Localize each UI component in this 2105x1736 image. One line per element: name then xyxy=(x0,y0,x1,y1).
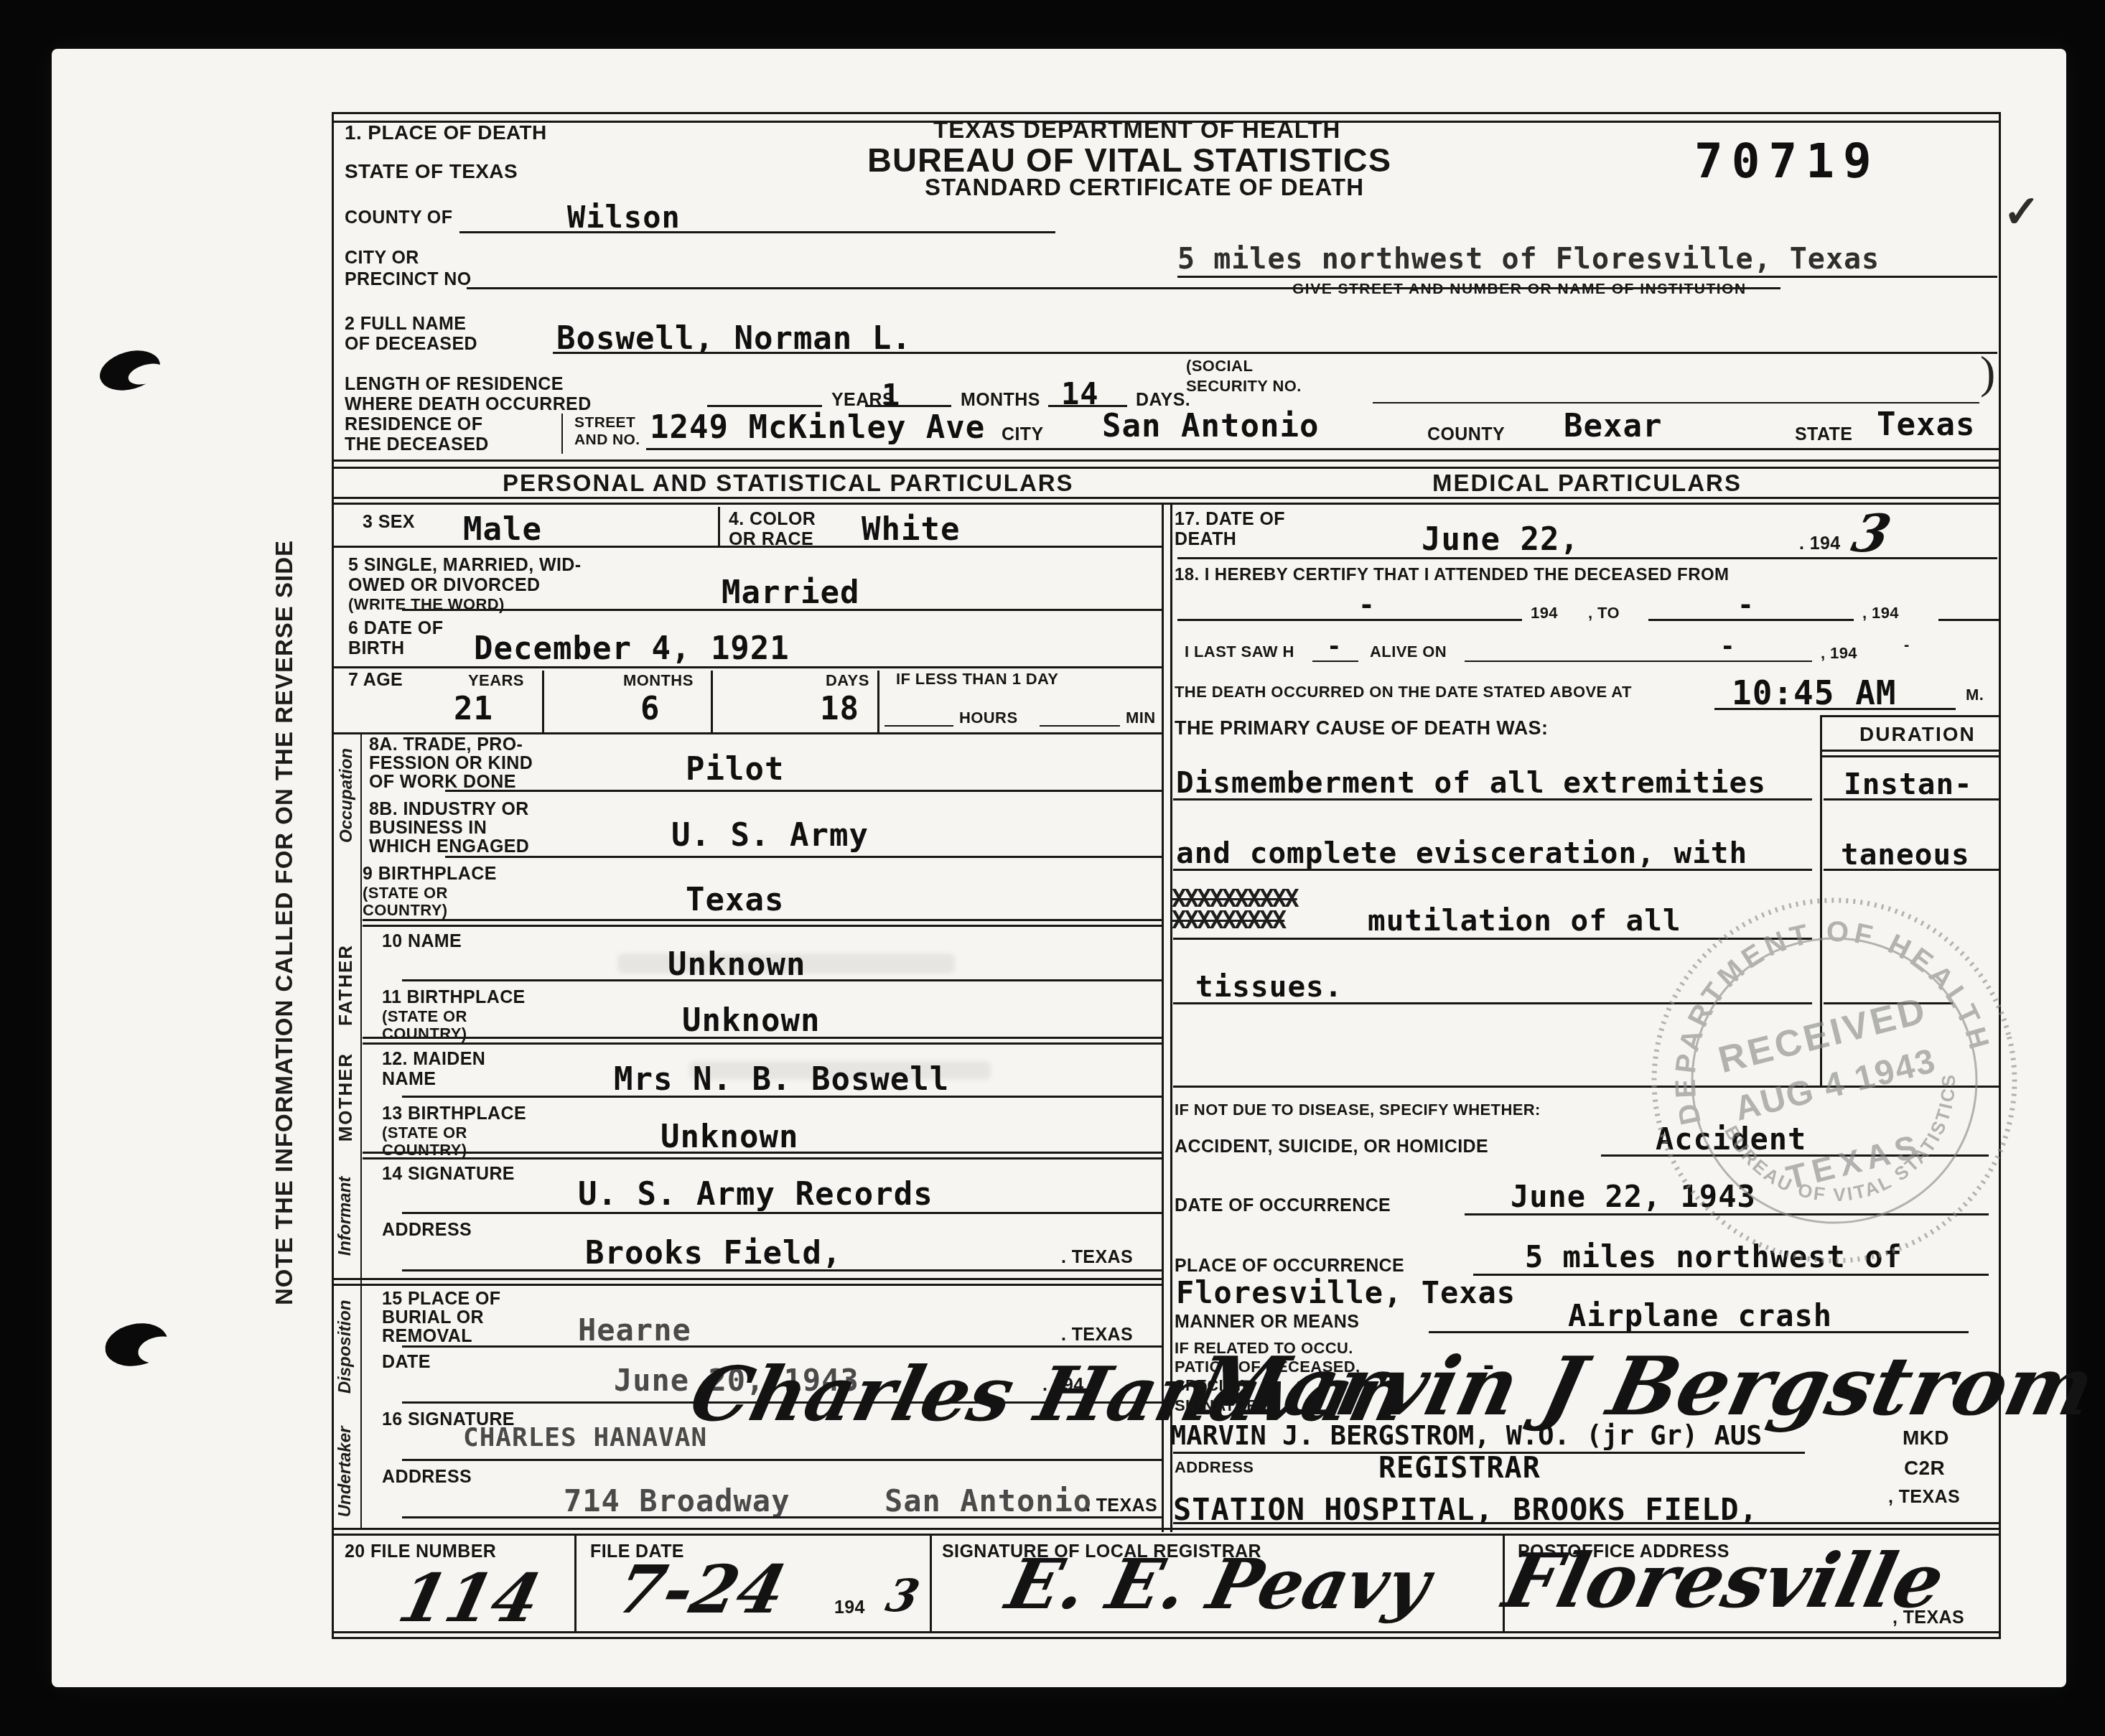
min-label: MIN xyxy=(1126,709,1156,726)
burial-label-1: 15 PLACE OF xyxy=(382,1289,501,1308)
informant-addr-row-line xyxy=(402,1269,1163,1271)
industry-label-3: WHICH ENGAGED xyxy=(369,837,529,856)
residence-of-label-1: RESIDENCE OF xyxy=(345,415,482,434)
bottom-divider-2 xyxy=(930,1534,932,1631)
informant-addr-state: . TEXAS xyxy=(1061,1248,1133,1266)
dod-value: June 22, xyxy=(1422,521,1579,558)
physician-addr-registrar: REGISTRAR xyxy=(1378,1452,1541,1485)
residence-divider-2 xyxy=(332,467,2000,469)
certify-year-1: 194 xyxy=(1531,605,1558,621)
birthplace-label-1: 9 BIRTHPLACE xyxy=(363,864,497,883)
marital-row-line xyxy=(402,609,1163,611)
lastsaw-alive-label: ALIVE ON xyxy=(1370,643,1447,660)
personal-section-title: PERSONAL AND STATISTICAL PARTICULARS xyxy=(503,471,1074,496)
undertaker-addr-street: 714 Broadway xyxy=(564,1483,790,1518)
lastsaw-dash-2: - xyxy=(1720,632,1735,661)
residence-length-label-1: LENGTH OF RESIDENCE xyxy=(345,375,564,393)
margin-note: NOTE THE INFORMATION CALLED FOR ON THE R… xyxy=(271,540,298,1305)
placeocc-value-2: Floresville, Texas xyxy=(1176,1275,1516,1310)
father-bp-label-3: COUNTRY) xyxy=(382,1025,467,1042)
trade-label-1: 8A. TRADE, PRO- xyxy=(369,735,523,754)
c2r-mark: C2R xyxy=(1904,1457,1945,1478)
county-value: Wilson xyxy=(567,200,681,235)
undertaker-sig-row-line xyxy=(402,1459,1163,1461)
mother-bp-row-line-1 xyxy=(363,1152,1163,1154)
father-bp-value: Unknown xyxy=(682,1002,820,1039)
city-underline xyxy=(467,287,1780,289)
dateocc-label: DATE OF OCCURRENCE xyxy=(1175,1196,1391,1215)
standard-title: STANDARD CERTIFICATE OF DEATH xyxy=(925,175,1364,200)
section-underline-2 xyxy=(332,503,2000,505)
age-label: 7 AGE xyxy=(348,671,403,689)
sex-row-line xyxy=(334,546,1163,548)
occurred-m-label: M. xyxy=(1966,686,1984,703)
sex-label: 3 SEX xyxy=(363,513,415,531)
street-hint-label: GIVE STREET AND NUMBER OR NAME OF INSTIT… xyxy=(1292,281,1747,297)
marital-label-2: OWED OR DIVORCED xyxy=(348,576,541,594)
color-value: White xyxy=(862,511,960,548)
certify-dash-2: - xyxy=(1737,589,1755,620)
residence-bracket xyxy=(561,414,563,454)
father-name-row-line xyxy=(402,979,1163,981)
res-city-label: CITY xyxy=(1002,425,1044,444)
duration-line-1: Instan- xyxy=(1844,767,1973,801)
mother-bp-label-3: COUNTRY) xyxy=(382,1142,467,1158)
certify-label: 18. I HEREBY CERTIFY THAT I ATTENDED THE… xyxy=(1175,566,1729,584)
father-name-label: 10 NAME xyxy=(382,932,462,951)
ssn-label-1: (SOCIAL xyxy=(1186,358,1253,374)
age-divider-2 xyxy=(711,671,713,732)
residence-underline xyxy=(646,448,1999,450)
age-less-label: IF LESS THAN 1 DAY xyxy=(896,671,1058,687)
birthplace-label-2: (STATE OR xyxy=(363,885,448,901)
mother-name-value: Mrs N. B. Boswell xyxy=(614,1061,949,1098)
months-line xyxy=(865,405,951,407)
cause-underline-1 xyxy=(1173,798,1812,801)
mother-name-label-2: NAME xyxy=(382,1070,436,1088)
side-label-father: FATHER xyxy=(335,944,357,1026)
father-bp-label-1: 11 BIRTHPLACE xyxy=(382,988,526,1007)
section-underline-1 xyxy=(332,497,2000,499)
trade-label-2: FESSION OR KIND xyxy=(369,754,533,773)
cause-label: THE PRIMARY CAUSE OF DEATH WAS: xyxy=(1175,718,1548,738)
days-label: DAYS. xyxy=(1136,391,1190,409)
undertaker-addr-row-line xyxy=(402,1516,1163,1518)
physician-typed-name: MARVIN J. BERGSTROM, W.O. (jr Gr) AUS xyxy=(1170,1420,1762,1451)
res-city-value: San Antonio xyxy=(1102,408,1319,444)
trade-value: Pilot xyxy=(686,751,784,788)
informant-section-line-2 xyxy=(334,1284,1163,1286)
accident-label: ACCIDENT, SUICIDE, OR HOMICIDE xyxy=(1175,1137,1488,1156)
occurred-underline xyxy=(1714,708,1956,710)
duration-underline-1 xyxy=(1824,798,1999,801)
age-years-label: YEARS xyxy=(468,672,524,689)
full-name-label-1: 2 FULL NAME xyxy=(345,314,466,333)
industry-row-line xyxy=(445,856,1163,858)
side-label-undertaker: Undertaker xyxy=(335,1427,355,1518)
street-and-no-label-1: STREET xyxy=(574,415,635,431)
dob-label-1: 6 DATE OF xyxy=(348,619,443,638)
duration-box-top xyxy=(1820,715,1999,717)
certify-to: , TO xyxy=(1588,605,1620,621)
mother-bp-value: Unknown xyxy=(661,1119,798,1155)
physician-addr-underline xyxy=(1173,1522,1999,1524)
postoffice-value: Floresville xyxy=(1496,1536,1953,1625)
certify-dash-1: - xyxy=(1358,589,1376,620)
age-days-label: DAYS xyxy=(826,672,869,689)
file-date-year-print: 194 xyxy=(834,1598,865,1617)
trade-label-3: OF WORK DONE xyxy=(369,773,516,791)
marital-value: Married xyxy=(722,574,859,611)
trade-row-line xyxy=(445,790,1163,792)
cause-strikeout-2: XXXXXXXXX xyxy=(1172,906,1284,935)
side-label-mother: MOTHER xyxy=(335,1053,357,1142)
duration-label: DURATION xyxy=(1859,724,1976,745)
place-of-death-label: 1. PLACE OF DEATH xyxy=(345,122,547,143)
dod-underline xyxy=(1177,557,1997,559)
duration-header-line-2 xyxy=(1820,755,1999,757)
placeocc-label: PLACE OF OCCURRENCE xyxy=(1175,1256,1404,1275)
form-border-left xyxy=(332,112,334,1638)
dob-label-2: BIRTH xyxy=(348,639,404,658)
father-bp-label-2: (STATE OR xyxy=(382,1008,467,1025)
age-divider-1 xyxy=(542,671,544,732)
informant-addr-value: Brooks Field, xyxy=(585,1235,841,1271)
birthplace-value: Texas xyxy=(686,882,784,918)
side-label-occupation: Occupation xyxy=(337,748,357,843)
side-label-informant: Informant xyxy=(335,1177,355,1256)
age-months-label: MONTHS xyxy=(623,672,694,689)
father-name-value: Unknown xyxy=(668,946,806,983)
checkmark-icon: ✓ xyxy=(2003,185,2040,238)
hours-line xyxy=(885,725,953,727)
undertaker-addr-city: San Antonio xyxy=(885,1483,1092,1518)
sex-value: Male xyxy=(463,511,542,548)
father-bp-row-line-2 xyxy=(363,1042,1163,1045)
county-label: COUNTY OF xyxy=(345,208,452,227)
industry-value: U. S. Army xyxy=(671,817,869,854)
residence-months-value: 1 xyxy=(882,378,900,413)
dept-title: TEXAS DEPARTMENT OF HEALTH xyxy=(933,118,1340,143)
min-line xyxy=(1040,725,1120,727)
mother-name-row-line xyxy=(402,1096,1163,1098)
full-name-underline xyxy=(553,352,1997,354)
bottom-section-line-1 xyxy=(332,1528,2000,1530)
certify-line-2 xyxy=(1648,619,1854,621)
certify-line-3 xyxy=(1938,619,1999,621)
informant-addr-label: ADDRESS xyxy=(382,1221,472,1239)
certify-year-2: , 194 xyxy=(1862,605,1899,621)
form-border-bottom-1 xyxy=(332,1631,2001,1633)
place-underline xyxy=(1177,276,1997,278)
certify-line-1 xyxy=(1177,619,1522,621)
notdisease-label: IF NOT DUE TO DISEASE, SPECIFY WHETHER: xyxy=(1175,1101,1541,1118)
physician-addr-state: , TEXAS xyxy=(1888,1488,1960,1506)
birthplace-row-line-1 xyxy=(363,919,1163,921)
mother-bp-label-1: 13 BIRTHPLACE xyxy=(382,1104,526,1123)
lastsaw-year: , 194 xyxy=(1821,645,1857,661)
bottom-divider-1 xyxy=(574,1534,577,1631)
res-state-label: STATE xyxy=(1795,425,1852,444)
res-state-value: Texas xyxy=(1877,406,1975,443)
lastsaw-line-1 xyxy=(1312,661,1358,662)
hours-label: HOURS xyxy=(959,709,1017,726)
cause-line-3: mutilation of all xyxy=(1368,903,1681,938)
ssn-close-paren: ) xyxy=(1980,346,1995,399)
months-label: MONTHS xyxy=(961,391,1040,409)
full-name-label-2: OF DECEASED xyxy=(345,335,477,353)
form-border-bottom-2 xyxy=(332,1637,2001,1639)
medical-section-title: MEDICAL PARTICULARS xyxy=(1432,471,1742,496)
informant-sig-label: 14 SIGNATURE xyxy=(382,1165,515,1183)
cause-line-1: Dismemberment of all extremities xyxy=(1176,765,1766,800)
res-county-value: Bexar xyxy=(1564,408,1662,444)
industry-label-1: 8B. INDUSTRY OR xyxy=(369,800,529,818)
burial-row-line xyxy=(402,1345,1163,1348)
certificate-number: 70719 xyxy=(1694,134,1880,189)
physician-addr-label: ADDRESS xyxy=(1175,1459,1254,1475)
side-label-column-line xyxy=(360,732,362,1529)
manner-underline xyxy=(1429,1331,1969,1333)
father-bp-row-line-1 xyxy=(363,1037,1163,1039)
street-value: 1249 McKinley Ave xyxy=(650,409,985,446)
age-divider-3 xyxy=(877,671,879,732)
cause-line-4: tissues. xyxy=(1195,969,1343,1004)
color-label-1: 4. COLOR xyxy=(729,510,816,528)
marital-label-1: 5 SINGLE, MARRIED, WID- xyxy=(348,556,581,574)
age-years-value: 21 xyxy=(454,691,493,727)
cause-underline-2 xyxy=(1173,869,1812,871)
informant-section-line-1 xyxy=(334,1278,1163,1280)
dod-year-print: . 194 xyxy=(1799,534,1841,553)
burial-label-3: REMOVAL xyxy=(382,1327,472,1345)
mother-bp-label-2: (STATE OR xyxy=(382,1124,467,1141)
undertaker-addr-label: ADDRESS xyxy=(382,1467,472,1486)
duration-header-line-1 xyxy=(1820,750,1999,752)
undertaker-addr-state: . TEXAS xyxy=(1086,1496,1157,1515)
place-of-death-value: 5 miles northwest of Floresville, Texas xyxy=(1177,243,1880,276)
burial-label-2: BURIAL OR xyxy=(382,1308,484,1327)
dod-label-2: DEATH xyxy=(1175,530,1236,549)
file-number-value: 114 xyxy=(392,1559,548,1637)
dob-value: December 4, 1921 xyxy=(474,630,790,667)
side-label-disposition: Disposition xyxy=(335,1300,355,1394)
street-and-no-label-2: AND NO. xyxy=(574,432,640,448)
informant-sig-value: U. S. Army Records xyxy=(578,1176,933,1213)
residence-divider-1 xyxy=(332,459,2000,462)
manner-label: MANNER OR MEANS xyxy=(1175,1312,1359,1331)
residence-of-label-2: THE DECEASED xyxy=(345,435,489,454)
occurred-value: 10:45 AM xyxy=(1732,673,1897,712)
file-date-value: 7-24 xyxy=(610,1551,793,1628)
sex-color-divider xyxy=(718,507,720,547)
undertaker-typed-name: CHARLES HANAVAN xyxy=(463,1423,707,1452)
birthplace-row-line-2 xyxy=(363,925,1163,927)
dob-row-line xyxy=(334,666,1163,668)
burial-state: . TEXAS xyxy=(1061,1325,1133,1344)
burial-date-label: DATE xyxy=(382,1353,431,1371)
age-days-value: 18 xyxy=(820,691,859,727)
city-or-label: CITY OR xyxy=(345,248,419,267)
years-line xyxy=(707,405,822,407)
mkd-mark: MKD xyxy=(1903,1427,1949,1448)
cause-line-2: and complete evisceration, with xyxy=(1176,836,1747,870)
ssn-line xyxy=(1373,402,1979,403)
file-number-label: 20 FILE NUMBER xyxy=(345,1542,496,1561)
age-months-value: 6 xyxy=(640,691,661,727)
residence-length-label-2: WHERE DEATH OCCURRED xyxy=(345,395,592,414)
lastsaw-dash-1: - xyxy=(1327,632,1342,661)
precinct-no-label: PRECINCT NO xyxy=(345,270,472,289)
mother-bp-row-line-2 xyxy=(363,1157,1163,1159)
lastsaw-line-2 xyxy=(1465,661,1812,662)
county-underline xyxy=(459,231,1055,233)
mother-name-label-1: 12. MAIDEN xyxy=(382,1050,485,1068)
lastsaw-label: I LAST SAW H xyxy=(1185,643,1294,660)
state-of-texas-label: STATE OF TEXAS xyxy=(345,161,518,182)
bottom-section-line-2 xyxy=(332,1534,2000,1536)
res-county-label: COUNTY xyxy=(1427,425,1505,444)
occurred-label: THE DEATH OCCURRED ON THE DATE STATED AB… xyxy=(1175,683,1632,700)
burial-value: Hearne xyxy=(578,1312,691,1348)
bureau-title: BUREAU OF VITAL STATISTICS xyxy=(867,142,1391,177)
postoffice-state: , TEXAS xyxy=(1892,1608,1964,1627)
informant-sig-row-line xyxy=(402,1212,1163,1214)
local-registrar-signature: E. E. Peavy xyxy=(999,1544,1438,1625)
industry-label-2: BUSINESS IN xyxy=(369,818,487,837)
dod-label-1: 17. DATE OF xyxy=(1175,510,1285,528)
ssn-label-2: SECURITY NO. xyxy=(1186,378,1302,394)
form-border-top-1 xyxy=(332,112,2000,114)
lastsaw-dash-3: - xyxy=(1904,636,1910,653)
days-line xyxy=(1048,405,1127,407)
birthplace-label-3: COUNTRY) xyxy=(363,902,448,918)
